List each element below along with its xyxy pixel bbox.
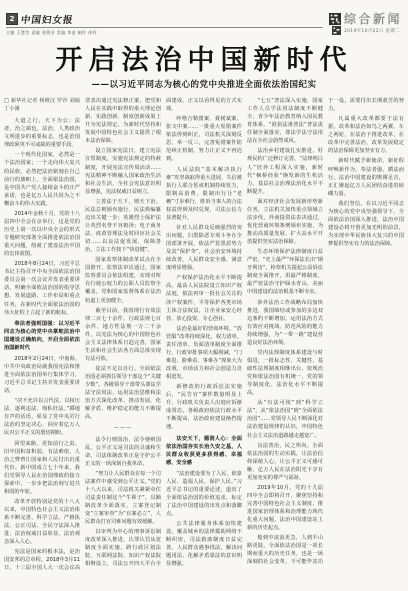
qr-codes — [329, 13, 341, 35]
article-byline: □ 新华社记者 杨维汉 罗沙 刘硕 丁小溪 — [4, 97, 80, 113]
body-paragraph: 法令行则国治，法令弛则国乱。公平正义是司法的灵魂和生命，司法体制改革正是守护公平… — [85, 436, 161, 468]
body-paragraph: “决不允许以言代法、以权压法、逐利违法、徇私枉法。”掷地有声的话语，彰显了党中央… — [4, 397, 80, 437]
date-line: 2019年10月22日 星期二 — [344, 28, 402, 34]
body-paragraph: 涉外法治工作战略布局加快推进，我国缔结或参加的多边双边条约不断增加，运用法治方式… — [247, 299, 323, 347]
body-paragraph: 新时代赋予新使命，新征程呼唤新作为。奉法者强，循法而行。法治中国建设的铿锵足音，… — [328, 157, 404, 197]
body-paragraph: 呼格吉勒图案、聂树斌案、张文中案……一批重大冤错案件依法得到纠正，司法机关深刻反… — [166, 115, 242, 163]
body-paragraph: 改革开放特别是党的十八大以来，中国特色社会主义法治体系不断完善，科学立法、严格执… — [4, 498, 80, 546]
body-paragraph: 大道之行，天下为公；法者，治之端也。法治，人类政治文明进步的重要标志，也是治国理… — [4, 117, 80, 149]
section-subhead: 奉法者强则国强：以习近平同志为核心的党中央掌舵法治中国建设正确航向，开启全面依法… — [4, 320, 80, 352]
body-paragraph: 我们坚信，在以习近平同志为核心的党中央坚强领导下，全面依法治国深入推进，法治中国… — [328, 200, 404, 248]
body-paragraph: 公共法律服务体系加快建设，覆盖城乡的法律援助网络不断织密，司法救助制度日益完善，… — [166, 520, 242, 568]
body-paragraph: 面对经济社会发展新形势新任务，立法机关加快重点领域立法步伐，外商投资法表决通过，… — [247, 198, 323, 246]
body-paragraph: 立善法于天下，则天下治。民法总则颁布施行，民法典编纂迈出关键一步；英雄烈士保护法… — [85, 198, 161, 254]
body-paragraph: “七五”普法深入实施，国家工作人员学法用法制度不断健全，青少年法治教育纳入国民教… — [247, 97, 323, 145]
section-separator: ——— — [85, 424, 161, 432]
body-paragraph: 国家监察体制改革试点在全国推开，监察法审议通过，国家监察委员会依法组建，实现对所… — [85, 256, 161, 304]
masthead-left: 2 中国妇女报 主编 王慧莹 责编 张明芳 美编 李凌 制作 佟玲 — [6, 13, 323, 36]
masthead-rule — [6, 27, 323, 28]
masthead-right: 综合新闻 2019年10月22日 星期二 — [329, 13, 402, 35]
body-paragraph: 2018年8月24日，习近平总书记主持召开中央全面依法治国委员会第一次会议并发表… — [4, 260, 80, 316]
body-paragraph: 从“有法可依”到“科学立法”，从“依法治国”到“全面依法治国”……党领导人民不断… — [247, 399, 323, 439]
body-paragraph: 法治是最好的营商环境。“放管服”改革持续深化，权力清单、责任清单、负面清单制度全… — [166, 325, 242, 381]
body-paragraph: 一个现代化国家，必然是一个法治国家；一个走向伟大复兴的民族，必然把法治铭刻在自己… — [4, 151, 80, 207]
article-headline: 开启法治中国新时代 — [4, 46, 404, 76]
body-paragraph: 针对人民群众反映强烈的突出问题，扫黑除恶专项斗争在全国部署开展，依法严惩黑恶势力… — [166, 224, 242, 272]
editor-credits: 主编 王慧莹 责编 张明芳 美编 李凌 制作 佟玲 — [6, 30, 323, 36]
body-paragraph: 设立国家宪法日，建立宪法宣誓制度，实施宪法规定的特赦制度，开展宪法宣传周活动……… — [85, 147, 161, 195]
body-paragraph: 回望来路，更知前行之责。旧中国积贫积弱、有法难依，人治之弊曾让国家和人民付出沉重… — [4, 440, 80, 496]
body-paragraph: 产权保护法治化水平不断提高。最高人民法院设立知识产权法庭，依法再审一批社会关注的… — [166, 274, 242, 322]
newspaper-page: 2 中国妇女报 主编 王慧莹 责编 张明芳 美编 李凌 制作 佟玲 — [0, 0, 408, 591]
body-paragraph: 生态环境保护法律制度日益严密，“史上最严”环保法长出“钢牙利齿”，检察机关提起公… — [247, 248, 323, 296]
section-subhead: 法安天下，德润人心：全面依法治国夯实长治久安之基，人民群众收获更多获得感、幸福感… — [166, 435, 242, 467]
body-paragraph: 人民法院“基本解决执行难”攻坚战取得重大进展，失信被执行人联合惩戒机制持续发力，… — [166, 166, 242, 222]
article-subtitle: ——以习近平同志为核心的党中央推进全面依法治国纪实 — [4, 78, 404, 90]
qr-code-icon — [329, 13, 341, 25]
paper-name: 中国妇女报 — [20, 12, 74, 26]
body-paragraph: 党内法规制度体系建设与时俱进，一批标志性、关键性、基础性法规制度相继出台，依规治… — [247, 349, 323, 397]
masthead: 2 中国妇女报 主编 王慧莹 责编 张明芳 美编 李凌 制作 佟玲 — [4, 13, 404, 36]
body-paragraph: 新修改的行政诉讼法实施后，“民告官”案件数量明显上升，行政机关负责人出庭应诉渐成… — [166, 383, 242, 431]
body-paragraph: 2019年10月，党的十九届四中全会即将召开，聚焦坚持和完善中国特色社会主义制度… — [247, 484, 323, 532]
section-block: 综合新闻 2019年10月22日 星期二 — [344, 13, 402, 34]
body-paragraph: 2018年2月24日，中南海。中共中央政治局就我国宪法和推进全面依法治国举行集体… — [4, 355, 80, 395]
body-paragraph: 法治乡村建设扎实推进，村规民约广泛修订完善，“法律明白人”培养工程深入实施，新时… — [247, 147, 323, 195]
body-paragraph: 良法善治，民之所向。全面依法治国的生动实践，让法治信仰深植人心，让公平正义可感可… — [247, 442, 323, 482]
body-paragraph: 2014年金秋十月，党的十八届四中全会在京举行，这是党的历史上第一次以中央全会的… — [4, 210, 80, 258]
body-paragraph: 凡属重大改革都要于法有据。改革和法治如鸟之两翼、车之两轮，在法治下推进改革，在改… — [328, 115, 404, 155]
qr-code-small-icon — [332, 26, 341, 35]
body-paragraph: 徒法不足以自行。全面依法治国必须抓住领导干部这个“关键少数”。各级领导干部带头尊… — [85, 365, 161, 421]
brand: 2 中国妇女报 — [6, 13, 323, 25]
article-columns: □ 新华社记者 杨维汉 罗沙 刘硕 丁小溪大道之行，天下为公；法者，治之端也。法… — [4, 97, 404, 579]
body-paragraph: 截至目前，我国现行有效法律二百七十余件、行政法规七百余件、地方性法规一万二千余件… — [85, 307, 161, 363]
body-paragraph: “努力让人民群众在每一个司法案件中感受到公平正义。”党的十八大以来，司法机关紧紧… — [85, 470, 161, 526]
body-paragraph: “法治建设要为了人民、依靠人民、造福人民、保护人民。”习近平总书记的重要论述，道… — [166, 470, 242, 518]
page-number-badge: 2 — [6, 13, 18, 25]
section-label: 综合新闻 — [344, 13, 402, 26]
